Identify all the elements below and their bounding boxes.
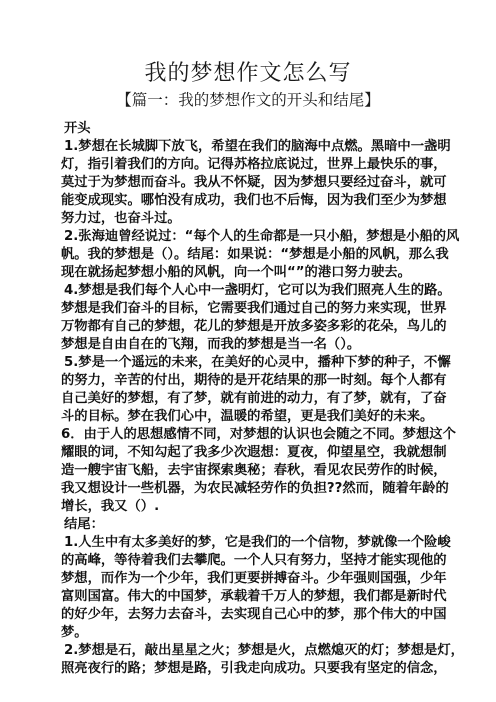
text-line: 1.梦想在长城脚下放飞，希望在我们的脑海中点燃。黑暗中一盏明 [61,138,431,156]
text-line: 耀眼的词，不知勾起了我多少次遐想：夏夜，仰望星空，我就想制 [61,444,431,462]
text-line: 1.人生中有太多美好的梦，它是我们的一个信物，梦就像一个险峻 [61,534,431,552]
text-line: 梦想是我们奋斗的目标，它需要我们通过自己的努力来实现，世界 [61,300,431,318]
text-line: 2.张海迪曾经说过：“每个人的生命都是一只小船，梦想是小船的风 [61,228,431,246]
document-title: 我的梦想作文怎么写 [0,60,496,88]
document-body: 开头 1.梦想在长城脚下放飞，希望在我们的脑海中点燃。黑暗中一盏明 灯，指引着我… [61,120,431,678]
text-line: 能变成现实。哪怕没有成功，我们也不后悔，因为我们至少为梦想 [61,192,431,210]
document-page: 我的梦想作文怎么写 【篇一：我的梦想作文的开头和结尾】 开头 1.梦想在长城脚下… [0,0,496,702]
text-line: 努力过，也奋斗过。 [61,210,431,228]
text-line: 2.梦想是石，敲出星星之火；梦想是火，点燃熄灭的灯；梦想是灯， [61,642,431,660]
text-line: 自己美好的梦想，有了梦，就有前进的动力，有了梦，就有，了奋 [61,390,431,408]
text-line: 现在就扬起梦想小船的风帆，向一个叫“”的港口努力驶去。 [61,264,431,282]
text-line: 万物都有自己的梦想，花儿的梦想是开放多姿多彩的花朵，鸟儿的 [61,318,431,336]
text-line: 增长，我又（）. [61,498,431,516]
document-subtitle: 【篇一：我的梦想作文的开头和结尾】 [0,90,496,110]
text-line: 的高峰，等待着我们去攀爬。一个人只有努力，坚持才能实现他的 [61,552,431,570]
text-line: 梦想是自由自在的飞翔，而我的梦想是当一名（）。 [61,336,431,354]
text-line: 斗的目标。梦在我们心中，温暖的希望，更是我们美好的未来。 [61,408,431,426]
text-line: 莫过于为梦想而奋斗。我从不怀疑，因为梦想只要经过奋斗，就可 [61,174,431,192]
text-line: 照亮夜行的路；梦想是路，引我走向成功。只要我有坚定的信念， [61,660,431,678]
section-heading-ending: 结尾： [61,516,431,534]
text-line: 帆。我的梦想是（）。结尾：如果说：“梦想是小船的风帆，那么我 [61,246,431,264]
text-line: 我又想设计一些机器，为农民减轻劳作的负担??然而，随着年龄的 [61,480,431,498]
text-line: 4.梦想是我们每个人心中一盏明灯，它可以为我们照亮人生的路。 [61,282,431,300]
text-line: 6．由于人的思想感情不同，对梦想的认识也会随之不同。梦想这个 [61,426,431,444]
text-line: 梦。 [61,624,431,642]
text-line: 的努力，辛苦的付出，期待的是开花结果的那一时刻。每个人都有 [61,372,431,390]
text-line: 5.梦是一个遥远的未来，在美好的心灵中，播种下梦的种子，不懈 [61,354,431,372]
text-line: 梦想，而作为一个少年，我们更要拼搏奋斗。少年强则国强，少年 [61,570,431,588]
text-line: 造一艘宇宙飞船，去宇宙探索奥秘；春秋，看见农民劳作的时候， [61,462,431,480]
text-line: 富则国富。伟大的中国梦，承载着千万人的梦想，我们都是新时代 [61,588,431,606]
section-heading-opening: 开头 [61,120,431,138]
text-line: 的好少年，去努力去奋斗，去实现自己心中的梦，那个伟大的中国 [61,606,431,624]
text-line: 灯，指引着我们的方向。记得苏格拉底说过，世界上最快乐的事， [61,156,431,174]
